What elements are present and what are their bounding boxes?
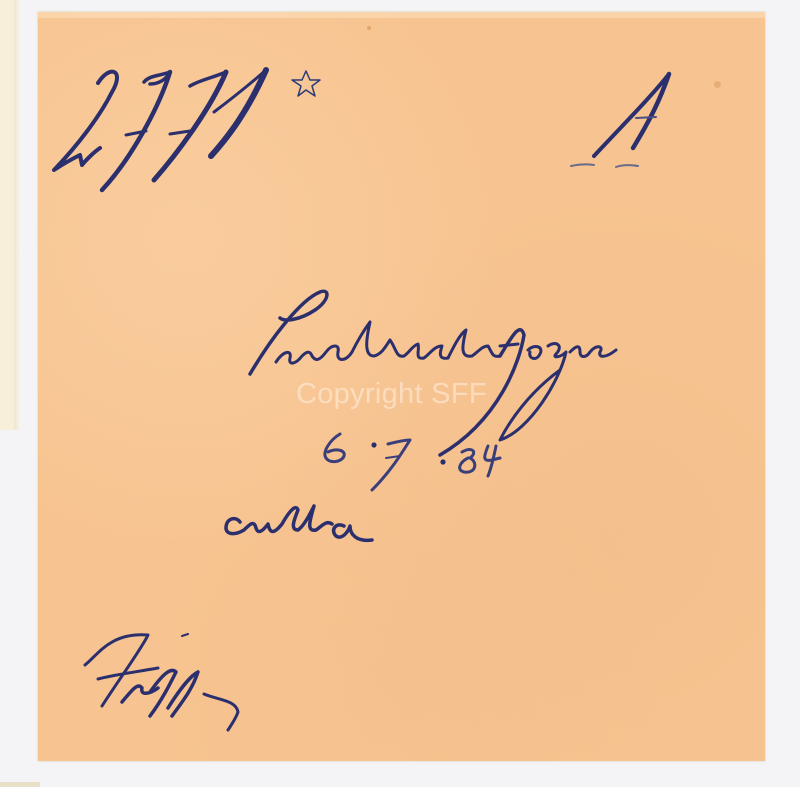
star-icon — [292, 71, 320, 96]
locality-handwriting — [250, 291, 616, 455]
note-handwriting — [226, 506, 372, 540]
signature-handwriting — [85, 634, 238, 730]
copyright-watermark: Copyright SFF — [296, 378, 487, 411]
date-handwriting — [325, 434, 500, 490]
category-letter-handwriting — [571, 74, 669, 167]
catalog-number-handwriting — [54, 70, 266, 190]
